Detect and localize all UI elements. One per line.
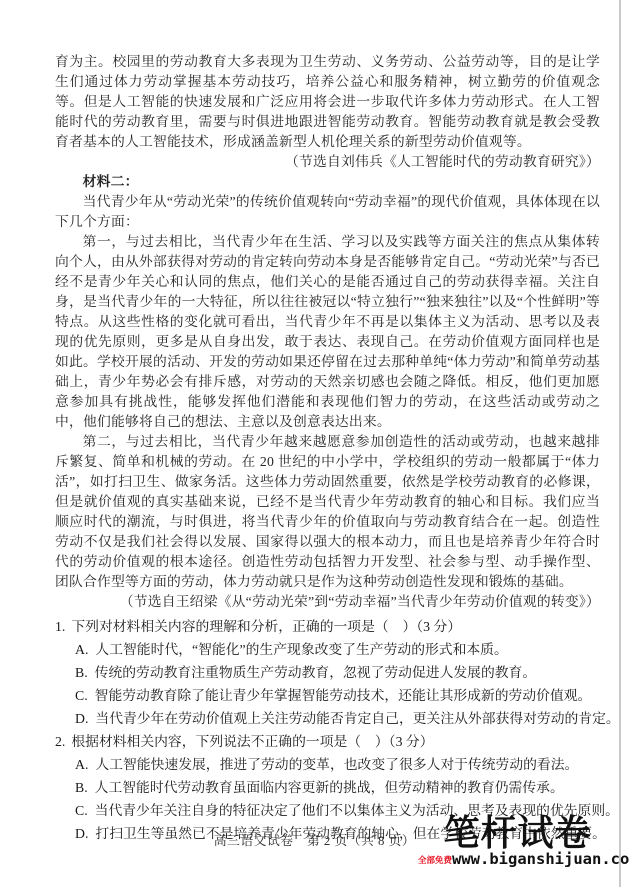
question-1-stem-text: 下列对材料相关内容的理解和分析，正确的一项是（ ）（3 分） [71, 619, 461, 634]
watermark-free-label: 全部免费 [418, 855, 452, 865]
question-1-option-b: B.传统的劳动教育注重物质生产劳动教育，忽视了劳动促进人发展的教育。 [55, 661, 600, 684]
material-two-attribution: （节选自王绍梁《从“劳动光荣”到“劳动幸福”当代青少年劳动价值观的转变》） [55, 592, 600, 612]
watermark: 笔杆试卷 全部免费 www.biganshijuan.com [418, 813, 603, 868]
question-2-stem-text: 根据材料相关内容，下列说法不正确的一项是（ ）（3 分） [71, 734, 433, 749]
watermark-url: www.biganshijuan.com [452, 850, 629, 868]
option-label: D. [75, 711, 88, 726]
question-2-number: 2. [55, 734, 65, 749]
question-1-number: 1. [55, 619, 65, 634]
question-2-stem: 2.根据材料相关内容，下列说法不正确的一项是（ ）（3 分） [55, 730, 600, 753]
option-label: C. [75, 688, 88, 703]
question-1-options: A.人工智能时代，“智能化”的生产现象改变了生产劳动的形式和本质。 B.传统的劳… [55, 638, 600, 730]
exam-page-content: 育为主。校园里的劳动教育大多表现为卫生劳动、义务劳动、公益劳动等，目的是让学生们… [55, 52, 600, 845]
material-two-section: 材料二： 当代青少年从“劳动光荣”的传统价值观转向“劳动幸福”的现代价值观，具体… [55, 172, 600, 612]
question-1-option-c: C.智能劳动教育除了能让青少年掌握智能劳动技术，还能让其形成新的劳动价值观。 [55, 684, 600, 707]
option-label: B. [75, 665, 88, 680]
option-label: C. [75, 803, 88, 818]
questions-section: 1.下列对材料相关内容的理解和分析，正确的一项是（ ）（3 分） A.人工智能时… [55, 615, 600, 845]
question-1-stem: 1.下列对材料相关内容的理解和分析，正确的一项是（ ）（3 分） [55, 615, 600, 638]
question-1-option-a: A.人工智能时代，“智能化”的生产现象改变了生产劳动的形式和本质。 [55, 638, 600, 661]
option-label: A. [75, 757, 88, 772]
option-label: A. [75, 642, 88, 657]
option-text: 人工智能时代，“智能化”的生产现象改变了生产劳动的形式和本质。 [95, 642, 507, 657]
material-one-attribution: （节选自刘伟兵《人工智能时代的劳动教育研究》） [55, 152, 600, 172]
question-2-option-a: A.人工智能快速发展，推进了劳动的变革，也改变了很多人对于传统劳动的看法。 [55, 753, 600, 776]
question-1-option-d: D.当代青少年在劳动价值观上关注劳动能否肯定自己，更关注从外部获得对劳动的肯定。 [55, 707, 600, 730]
material-two-first-point-paragraph: 第一，与过去相比，当代青少年在生活、学习以及实践等方面关注的焦点从集体转向个人，… [55, 232, 600, 432]
option-label: B. [75, 780, 88, 795]
material-two-second-point-paragraph: 第二，与过去相比，当代青少年越来越愿意参加创造性的活动或劳动，也越来越排斥繁复、… [55, 432, 600, 592]
option-text: 智能劳动教育除了能让青少年掌握智能劳动技术，还能让其形成新的劳动价值观。 [95, 688, 592, 703]
material-one-section: 育为主。校园里的劳动教育大多表现为卫生劳动、义务劳动、公益劳动等，目的是让学生们… [55, 52, 600, 172]
option-text: 传统的劳动教育注重物质生产劳动教育，忽视了劳动促进人发展的教育。 [95, 665, 537, 680]
option-text: 人工智能时代劳动教育虽面临内容更新的挑战，但劳动精神的教育仍需传承。 [95, 780, 564, 795]
option-text: 人工智能快速发展，推进了劳动的变革，也改变了很多人对于传统劳动的看法。 [95, 757, 578, 772]
watermark-brand-text: 笔杆试卷 [418, 813, 603, 853]
question-1: 1.下列对材料相关内容的理解和分析，正确的一项是（ ）（3 分） A.人工智能时… [55, 615, 600, 730]
option-text: 当代青少年在劳动价值观上关注劳动能否肯定自己，更关注从外部获得对劳动的肯定。 [95, 711, 619, 726]
question-2-option-b: B.人工智能时代劳动教育虽面临内容更新的挑战，但劳动精神的教育仍需传承。 [55, 776, 600, 799]
scan-page-edge [619, 0, 621, 887]
material-two-heading: 材料二： [55, 172, 600, 192]
material-two-intro-paragraph: 当代青少年从“劳动光荣”的传统价值观转向“劳动幸福”的现代价值观，具体体现在以下… [55, 192, 600, 232]
material-one-continuation-paragraph: 育为主。校园里的劳动教育大多表现为卫生劳动、义务劳动、公益劳动等，目的是让学生们… [55, 52, 600, 152]
